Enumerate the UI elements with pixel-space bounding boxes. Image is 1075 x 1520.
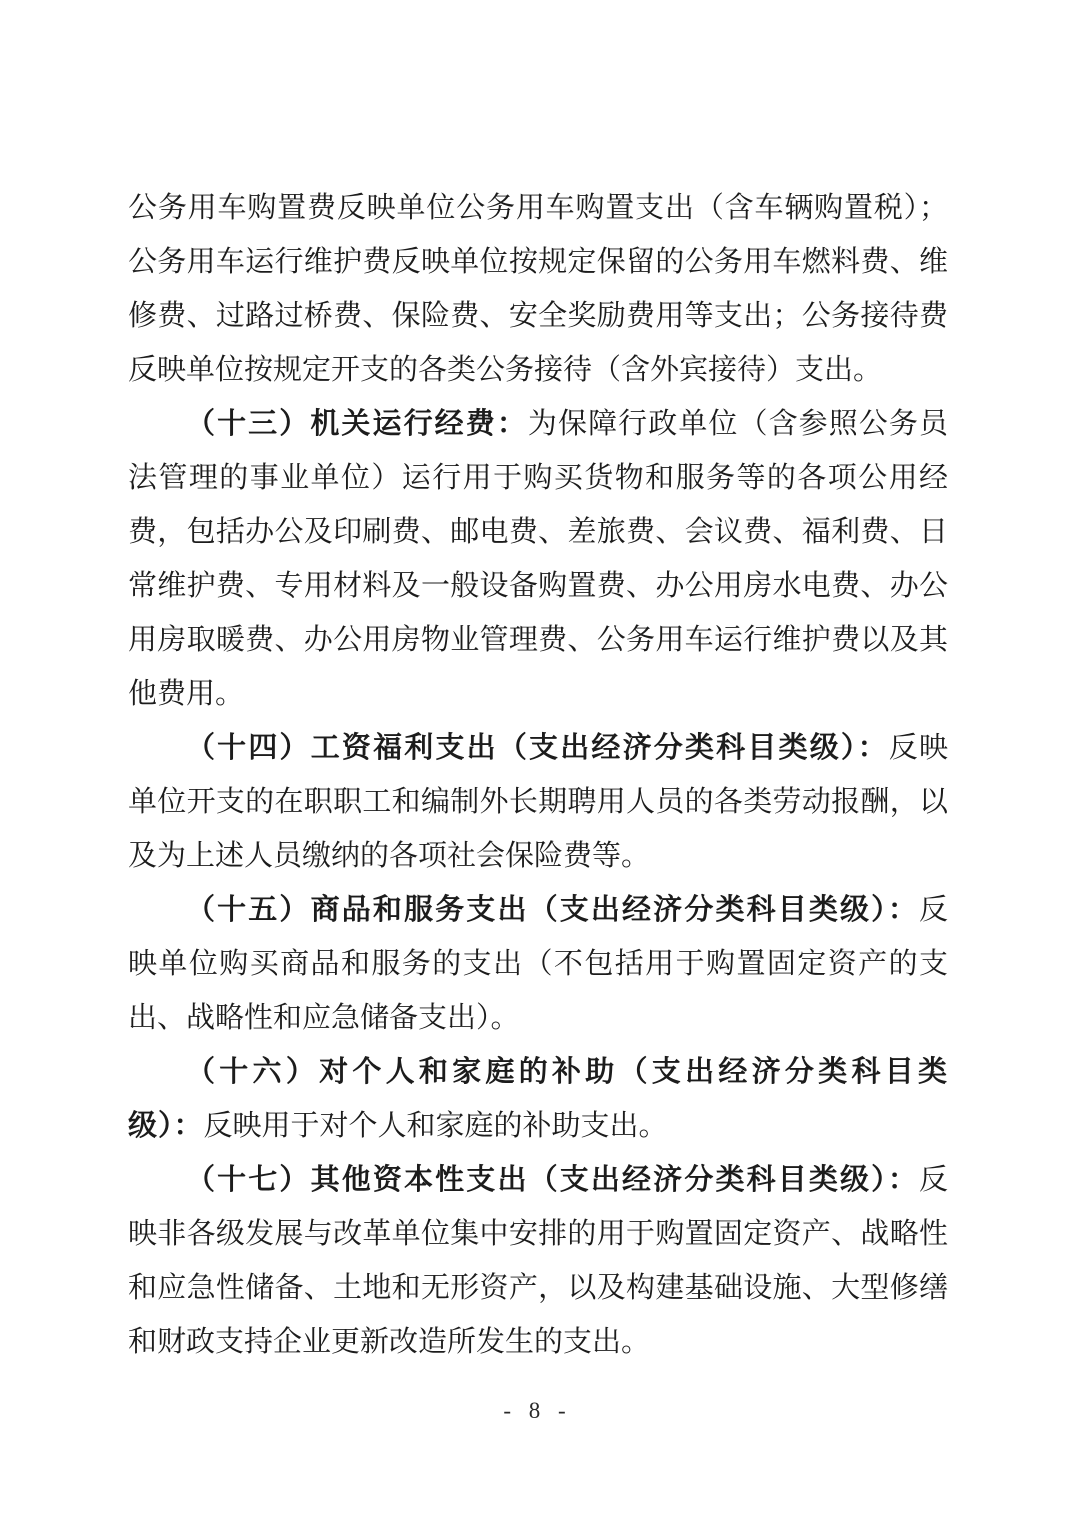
paragraph-item-16-text: 反映用于对个人和家庭的补助支出。 <box>204 1110 668 1142</box>
document-page: 公务用车购置费反映单位公务用车购置支出（含车辆购置税）；公务用车运行维护费反映单… <box>0 0 1075 1520</box>
paragraph-item-13: （十三）机关运行经费：为保障行政单位（含参照公务员法管理的事业单位）运行用于购买… <box>128 397 948 721</box>
document-body: 公务用车购置费反映单位公务用车购置支出（含车辆购置税）；公务用车运行维护费反映单… <box>128 181 948 1369</box>
paragraph-item-15: （十五）商品和服务支出（支出经济分类科目类级）：反映单位购买商品和服务的支出（不… <box>128 883 948 1045</box>
paragraph-item-13-text: 为保障行政单位（含参照公务员法管理的事业单位）运行用于购买货物和服务等的各项公用… <box>128 408 948 710</box>
paragraph-item-13-heading: （十三）机关运行经费： <box>186 408 528 440</box>
paragraph-item-14: （十四）工资福利支出（支出经济分类科目类级）：反映单位开支的在职职工和编制外长期… <box>128 721 948 883</box>
paragraph-item-17: （十七）其他资本性支出（支出经济分类科目类级）：反映非各级发展与改革单位集中安排… <box>128 1153 948 1369</box>
page-footer: - 8 - <box>0 1398 1075 1424</box>
paragraph-continuation: 公务用车购置费反映单位公务用车购置支出（含车辆购置税）；公务用车运行维护费反映单… <box>128 181 948 397</box>
paragraph-item-14-heading: （十四）工资福利支出（支出经济分类科目类级）： <box>186 732 889 764</box>
paragraph-item-16: （十六）对个人和家庭的补助（支出经济分类科目类级）：反映用于对个人和家庭的补助支… <box>128 1045 948 1153</box>
paragraph-continuation-text: 公务用车购置费反映单位公务用车购置支出（含车辆购置税）；公务用车运行维护费反映单… <box>128 192 948 386</box>
paragraph-item-17-heading: （十七）其他资本性支出（支出经济分类科目类级）： <box>186 1164 919 1196</box>
paragraph-item-15-heading: （十五）商品和服务支出（支出经济分类科目类级）： <box>186 894 919 926</box>
page-number: - 8 - <box>503 1398 571 1423</box>
